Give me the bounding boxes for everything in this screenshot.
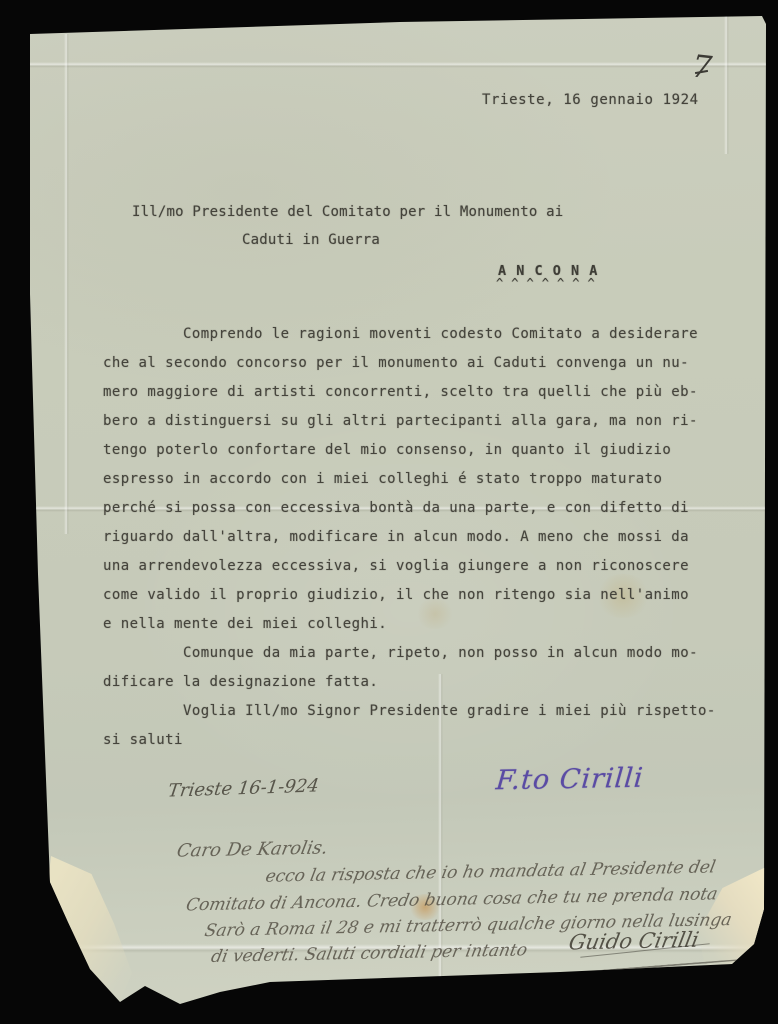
postscript-note: Caro De Karolis. ecco la risposta che io…	[10, 6, 778, 1013]
postscript-line: di vederti. Saluti cordiali per intanto	[209, 940, 529, 967]
postscript-salutation: Caro De Karolis.	[175, 837, 330, 861]
letter-page: 7 Trieste, 16 gennaio 1924 Ill/mo Presid…	[20, 14, 768, 1006]
postscript-line: Comitato di Ancona. Credo buona cosa che…	[184, 884, 719, 915]
postscript-line: ecco la risposta che io ho mandata al Pr…	[264, 857, 717, 887]
